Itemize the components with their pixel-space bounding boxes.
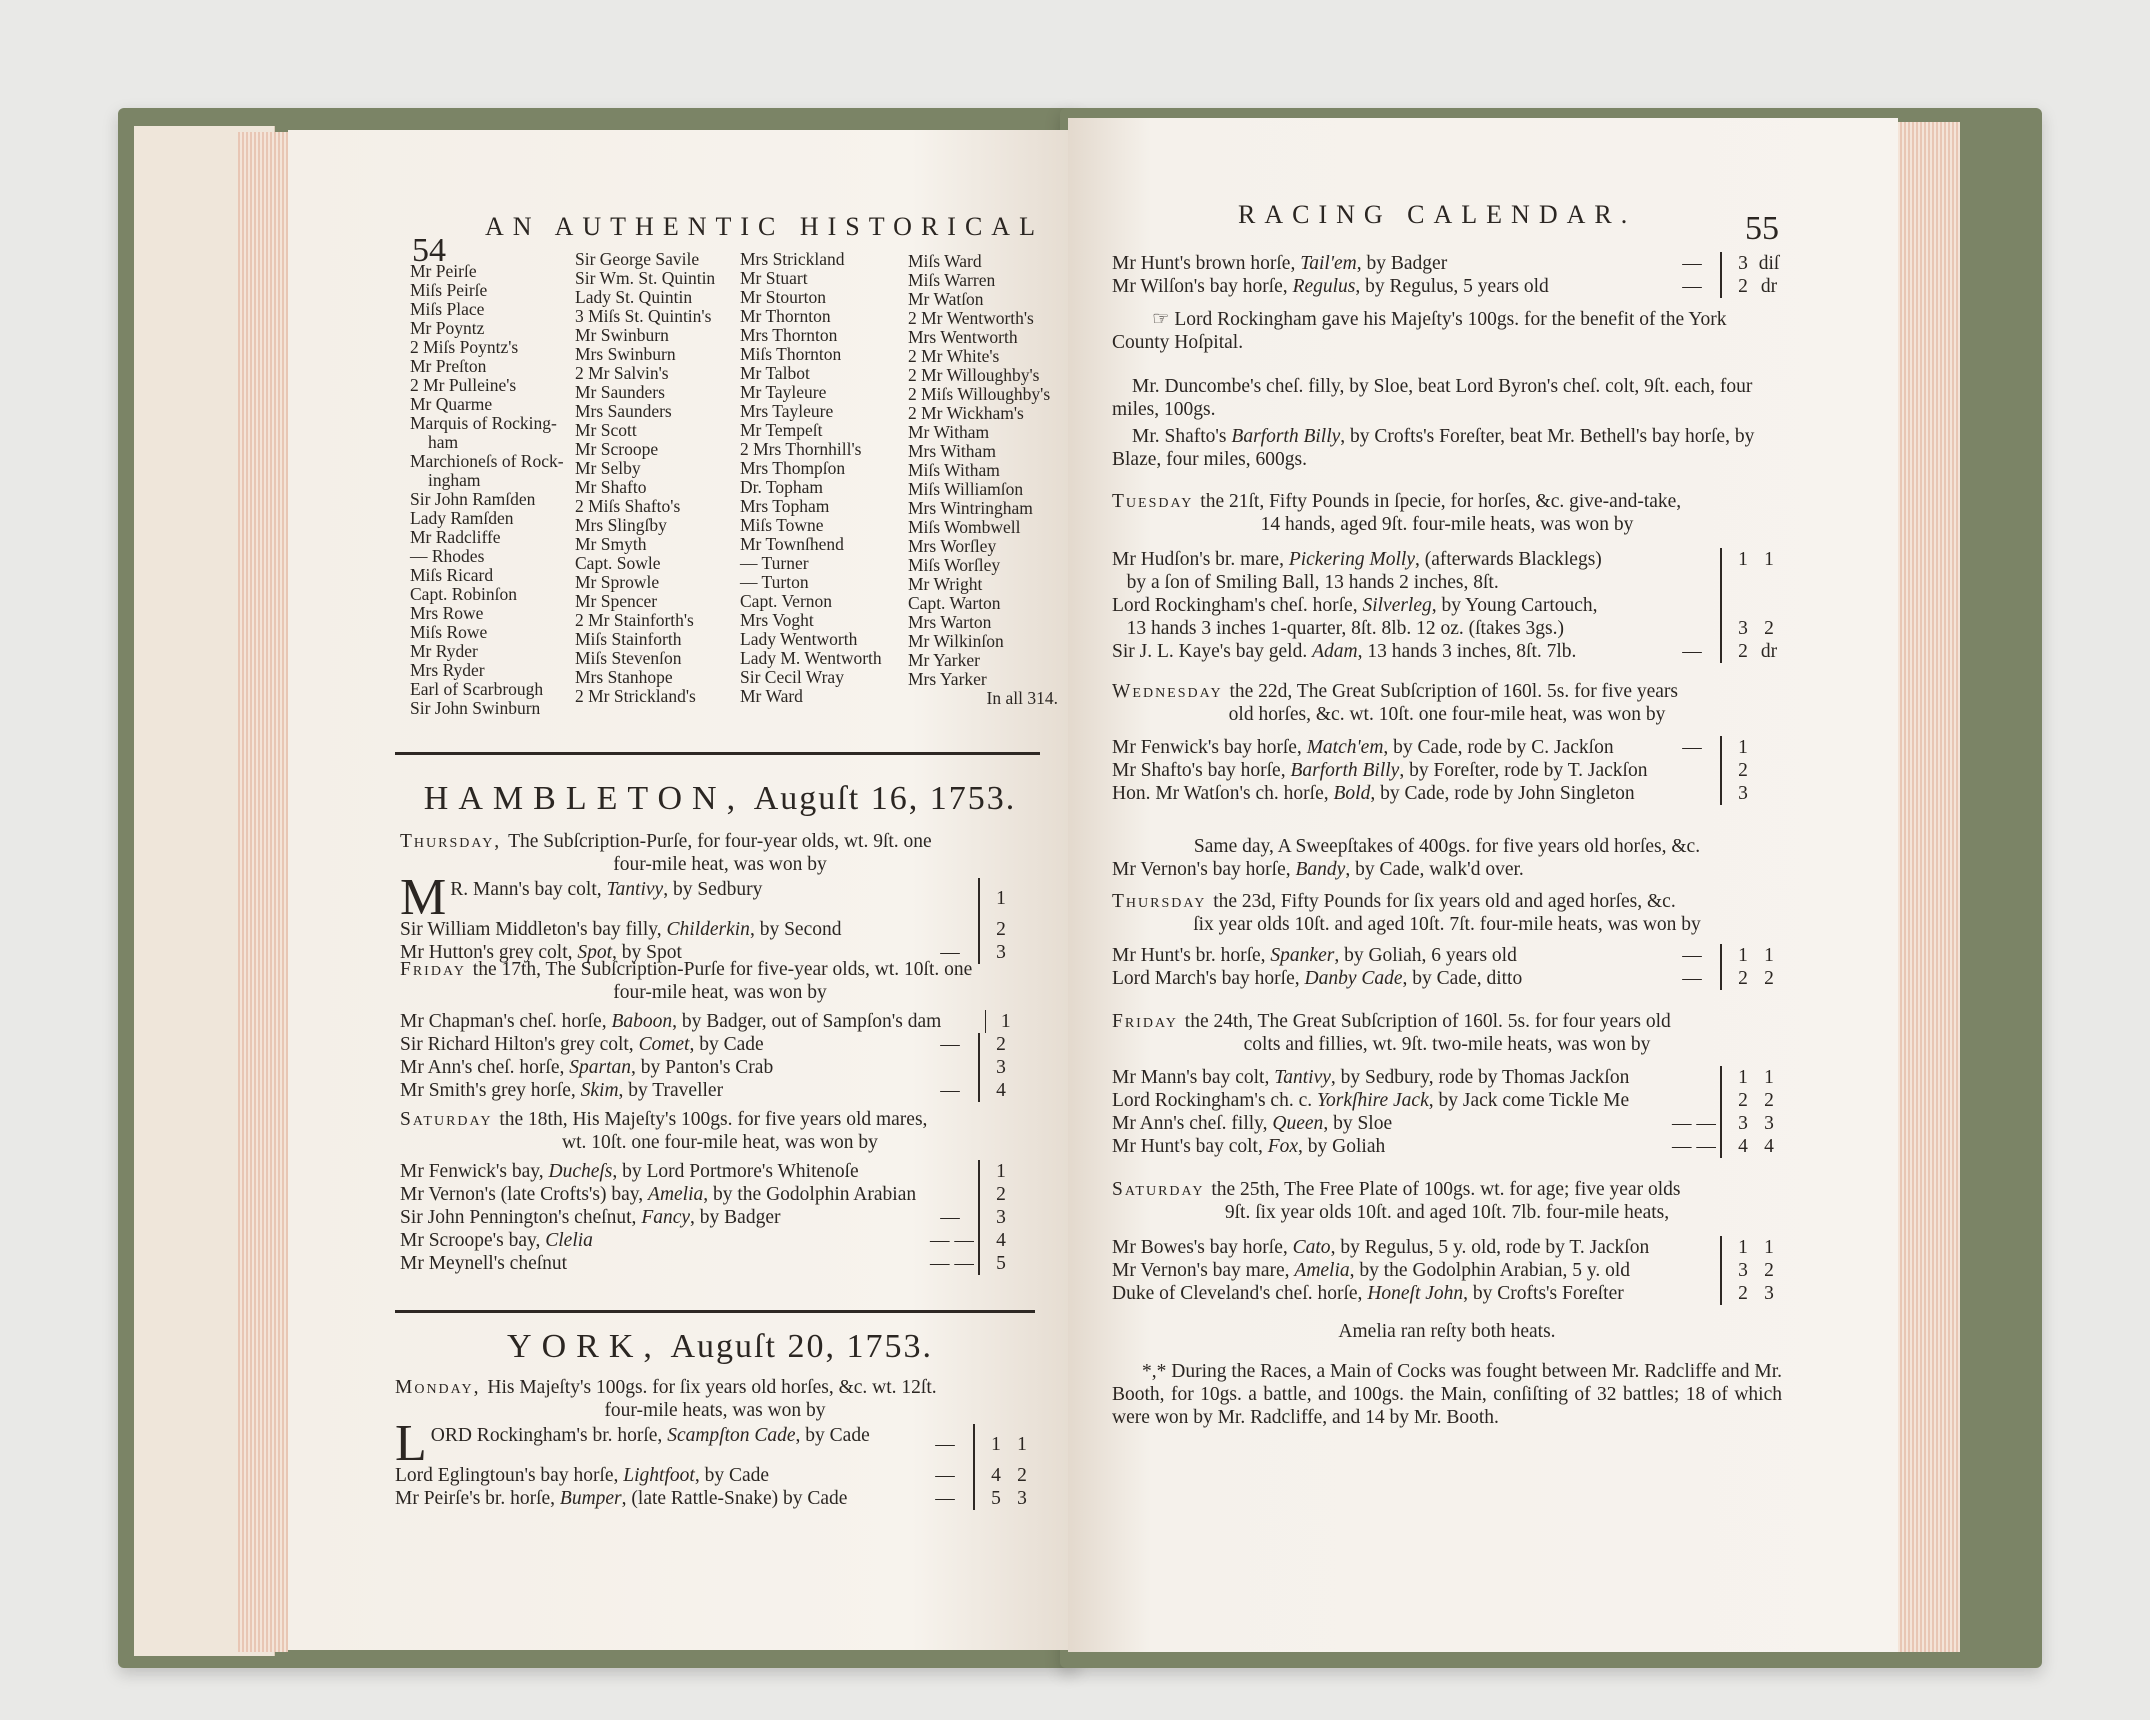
horse-name: Fancy (641, 1207, 690, 1228)
race-description: Thursday the 23d, Fifty Pounds for ſix y… (1112, 890, 1782, 936)
section-rule (395, 1310, 1035, 1313)
results-table: MR. Mann's bay colt, Tantivy, by Sedbury… (400, 878, 1040, 964)
horse-name: Amelia (648, 1184, 703, 1205)
heat-1-place: 3 (1730, 1112, 1756, 1135)
subscriber-name: Lady St. Quintin (575, 288, 740, 307)
subscriber-name: 2 Mr Strickland's (575, 687, 740, 706)
result-row: Mr Fenwick's bay horſe, Match'em, by Cad… (1112, 736, 1782, 759)
subscriber-name: Sir John Swinburn (410, 699, 575, 718)
result-row: Mr Hunt's brown horſe, Tail'em, by Badge… (1112, 252, 1782, 275)
column-rule (973, 1464, 975, 1487)
entry-text: Duke of Cleveland's cheſ. horſe, Honeſt … (1112, 1282, 1672, 1305)
column-rule (978, 1079, 980, 1102)
column-rule (1720, 548, 1722, 571)
york-place: YORK, (507, 1328, 662, 1365)
result-row: LORD Rockingham's br. horſe, Scampſton C… (395, 1424, 1035, 1464)
result-row: Mr Bowes's bay horſe, Cato, by Regulus, … (1112, 1236, 1782, 1259)
result-row: Mr Ann's cheſ. filly, Queen, by Sloe— —3… (1112, 1112, 1782, 1135)
heat-1-place: 4 (988, 1079, 1014, 1102)
result-row: Sir William Middleton's bay filly, Child… (400, 918, 1040, 941)
subscriber-name: Mr Peirſe (410, 262, 575, 281)
subscriber-name: Miſs Worſley (908, 556, 1058, 575)
subscriber-name: Mr Quarme (410, 395, 575, 414)
subscriber-name: 2 Miſs Willoughby's (908, 385, 1058, 404)
subscriber-name: Lady Wentworth (740, 630, 908, 649)
subscriber-column-3: Mrs StricklandMr StuartMr StourtonMr Tho… (740, 250, 908, 718)
heat-1-place: 4 (988, 1229, 1014, 1252)
subscriber-name: Miſs Ward (908, 252, 1058, 271)
heat-1-place: 1 (1730, 736, 1756, 759)
subscriber-name: Miſs Ricard (410, 566, 575, 585)
heat-1-place: 3 (988, 1206, 1014, 1229)
subscriber-name: Mr Ryder (410, 642, 575, 661)
results-table: Mr Hunt's brown horſe, Tail'em, by Badge… (1112, 252, 1782, 298)
subscriber-name: Mr Swinburn (575, 326, 740, 345)
pointing-hand-icon: ☞ (1152, 309, 1169, 330)
entry-text: Sir William Middleton's bay filly, Child… (400, 918, 930, 941)
subscriber-name: Lady Ramſden (410, 509, 575, 528)
subscriber-name: Mrs Swinburn (575, 345, 740, 364)
subscriber-name: Mrs Warton (908, 613, 1058, 632)
heat-2-place: 3 (1756, 1282, 1782, 1305)
result-row: Mr Vernon's bay mare, Amelia, by the God… (1112, 1259, 1782, 1282)
column-rule (1720, 594, 1722, 617)
subscriber-name: Mr Witham (908, 423, 1058, 442)
entry-text: Mr Vernon's bay mare, Amelia, by the God… (1112, 1259, 1672, 1282)
results-table: Mr Hunt's br. horſe, Spanker, by Goliah,… (1112, 944, 1782, 990)
subscriber-name: 2 Mr Wentworth's (908, 309, 1058, 328)
result-row: Mr Meynell's cheſnut— —5 (400, 1252, 1040, 1275)
entry-text: Lord Rockingham's cheſ. horſe, Silverleg… (1112, 594, 1672, 617)
subscriber-name: Mrs Wentworth (908, 328, 1058, 347)
subscriber-name: 2 Mr White's (908, 347, 1058, 366)
drop-cap: M (400, 878, 446, 918)
result-row: Sir John Pennington's cheſnut, Fancy, by… (400, 1206, 1040, 1229)
heat-2-place: diſ (1756, 252, 1782, 275)
race-day: Friday (1112, 1011, 1185, 1032)
subscriber-name: 2 Mr Willoughby's (908, 366, 1058, 385)
subscriber-name: Mr Thornton (740, 307, 908, 326)
heat-2-place: 2 (1756, 617, 1782, 640)
column-rule (1720, 571, 1722, 594)
subscriber-name: — Rhodes (410, 547, 575, 566)
result-row: Mr Fenwick's bay, Ducheſs, by Lord Portm… (400, 1160, 1040, 1183)
heat-2-place: 1 (1756, 548, 1782, 571)
dash-filler: — (925, 1433, 965, 1456)
subscriber-column-4: Miſs WardMiſs WarrenMr Watſon2 Mr Wentwo… (908, 252, 1058, 718)
column-rule (1720, 736, 1722, 759)
hambleton-place: HAMBLETON, (424, 780, 745, 817)
subscriber-column-2: Sir George SavileSir Wm. St. QuintinLady… (575, 250, 740, 718)
dash-filler: — (930, 1033, 970, 1056)
subscriber-name: Mrs Topham (740, 497, 908, 516)
section-rule (395, 752, 1040, 755)
page-edges-right (1896, 122, 1960, 1652)
results-table: Mr Fenwick's bay horſe, Match'em, by Cad… (1112, 736, 1782, 805)
subscriber-name: Mr Wilkinſon (908, 632, 1058, 651)
heat-2-place: 1 (1756, 1066, 1782, 1089)
horse-name: Pickering Molly (1289, 549, 1415, 570)
subscriber-name: Mr Scroope (575, 440, 740, 459)
entry-text: Sir Richard Hilton's grey colt, Comet, b… (400, 1033, 930, 1056)
race-description: Tuesday the 21ſt, Fifty Pounds in ſpecie… (1112, 490, 1782, 536)
horse-name: Skim (581, 1080, 619, 1101)
subscriber-name: Mr Spencer (575, 592, 740, 611)
results-table: LORD Rockingham's br. horſe, Scampſton C… (395, 1424, 1035, 1510)
column-rule (1720, 275, 1722, 298)
horse-name: Spartan (569, 1057, 631, 1078)
subscriber-name: Mrs Yarker (908, 670, 1058, 689)
subscriber-name: 2 Miſs Poyntz's (410, 338, 575, 357)
subscriber-name: Mrs Saunders (575, 402, 740, 421)
horse-name: Silverleg (1362, 595, 1431, 616)
subscriber-name: Mr Radcliffe (410, 528, 575, 547)
column-rule (1720, 1089, 1722, 1112)
amelia-note: Amelia ran reſty both heats. (1112, 1320, 1782, 1343)
horse-name: Tantivy (607, 879, 664, 900)
heat-2-place: 4 (1756, 1135, 1782, 1158)
entry-text: MR. Mann's bay colt, Tantivy, by Sedbury (400, 878, 930, 918)
entry-text: Mr Mann's bay colt, Tantivy, by Sedbury,… (1112, 1066, 1672, 1089)
hambleton-title: HAMBLETON, Auguſt 16, 1753. (420, 780, 1020, 818)
result-row: Mr Hudſon's br. mare, Pickering Molly, (… (1112, 548, 1782, 571)
dash-filler: — (925, 1464, 965, 1487)
race-day: Monday, (395, 1377, 487, 1398)
horse-name: Comet (639, 1034, 690, 1055)
result-row: Lord Rockingham's ch. c. Yorkſhire Jack,… (1112, 1089, 1782, 1112)
subscriber-name: Earl of Scarbrough (410, 680, 575, 699)
horse-name: Adam (1312, 641, 1358, 662)
entry-text: Mr Ann's cheſ. horſe, Spartan, by Panton… (400, 1056, 930, 1079)
subscriber-name: Mr Stuart (740, 269, 908, 288)
subscriber-name: 3 Miſs St. Quintin's (575, 307, 740, 326)
heat-1-place: 2 (1730, 967, 1756, 990)
column-rule (978, 1033, 980, 1056)
subscriber-name: — Turton (740, 573, 908, 592)
york-date: Auguſt 20, 1753. (671, 1328, 933, 1365)
subscriber-name: — Turner (740, 554, 908, 573)
subscriber-name: Sir John Ramſden (410, 490, 575, 509)
column-rule (978, 1160, 980, 1183)
entry-text: by a ſon of Smiling Ball, 13 hands 2 inc… (1112, 571, 1672, 594)
results-table: Mr Bowes's bay horſe, Cato, by Regulus, … (1112, 1236, 1782, 1305)
asterism-icon: *,* (1142, 1361, 1166, 1382)
subscriber-name: Miſs Peirſe (410, 281, 575, 300)
horse-name: Spanker (1270, 945, 1334, 966)
entry-text: Mr Chapman's cheſ. horſe, Baboon, by Bad… (400, 1010, 941, 1033)
horse-name: Yorkſhire Jack (1317, 1090, 1429, 1111)
horse-name: Clelia (545, 1230, 593, 1251)
entry-text: Mr Peirſe's br. horſe, Bumper, (late Rat… (395, 1487, 925, 1510)
subscriber-name: Mr Tempeſt (740, 421, 908, 440)
subscriber-name: Mrs Voght (740, 611, 908, 630)
result-row: Mr Vernon's (late Crofts's) bay, Amelia,… (400, 1183, 1040, 1206)
heat-2-place: dr (1756, 640, 1782, 663)
column-rule (1720, 782, 1722, 805)
heat-1-place: 2 (1730, 1089, 1756, 1112)
entry-text: Mr Vernon's (late Crofts's) bay, Amelia,… (400, 1183, 930, 1206)
heat-1-place: 2 (988, 1183, 1014, 1206)
subscriber-name: Mrs Ryder (410, 661, 575, 680)
column-rule (1720, 1066, 1722, 1089)
heat-1-place: 1 (1730, 1066, 1756, 1089)
entry-text: LORD Rockingham's br. horſe, Scampſton C… (395, 1424, 925, 1464)
subscriber-name: Mr Yarker (908, 651, 1058, 670)
subscriber-name: Sir George Savile (575, 250, 740, 269)
race-description: Saturday the 18th, His Majeſty's 100gs. … (400, 1108, 1040, 1154)
subscriber-name: Miſs Warren (908, 271, 1058, 290)
result-row: Mr Chapman's cheſ. horſe, Baboon, by Bad… (400, 1010, 1040, 1033)
horse-name: Tantivy (1274, 1067, 1331, 1088)
subscriber-name: Miſs Place (410, 300, 575, 319)
race-description: Friday the 24th, The Great Subſcription … (1112, 1010, 1782, 1056)
york-title: YORK, Auguſt 20, 1753. (420, 1328, 1020, 1366)
dash-filler: — (1672, 967, 1712, 990)
horse-name: Scampſton Cade (667, 1425, 795, 1446)
subscriber-name: Mr Wright (908, 575, 1058, 594)
result-row: Lord Eglingtoun's bay horſe, Lightfoot, … (395, 1464, 1035, 1487)
horse-name: Childerkin (667, 919, 750, 940)
heat-2-place: 3 (1009, 1487, 1035, 1510)
subscriber-name: Capt. Vernon (740, 592, 908, 611)
race-description: Friday the 17th, The Subſcription-Purſe … (400, 958, 1040, 1004)
subscriber-name: Miſs Thornton (740, 345, 908, 364)
horse-name: Honeſt John (1367, 1283, 1463, 1304)
entry-text: Hon. Mr Watſon's ch. horſe, Bold, by Cad… (1112, 782, 1672, 805)
race-description: Wednesday the 22d, The Great Subſcriptio… (1112, 680, 1782, 726)
entry-text: Lord Eglingtoun's bay horſe, Lightfoot, … (395, 1464, 925, 1487)
subscriber-name: Mrs Thompſon (740, 459, 908, 478)
race-day: Thursday, (400, 831, 508, 852)
subscriber-name: Miſs Witham (908, 461, 1058, 480)
column-rule (1720, 944, 1722, 967)
heat-1-place: 3 (1730, 617, 1756, 640)
entry-text: Mr Wilſon's bay horſe, Regulus, by Regul… (1112, 275, 1672, 298)
column-rule (1720, 252, 1722, 275)
subscriber-name: Mrs Slingſby (575, 516, 740, 535)
heat-1-place: 2 (988, 1033, 1014, 1056)
column-rule (1720, 967, 1722, 990)
result-row: Mr Shafto's bay horſe, Barforth Billy, b… (1112, 759, 1782, 782)
subscriber-name: Marquis of Rocking- (410, 414, 575, 433)
column-rule (973, 1424, 975, 1464)
dash-filler: — — (1672, 1135, 1712, 1158)
horse-name: Barforth Billy (1231, 426, 1340, 447)
subscriber-name: Miſs Stainforth (575, 630, 740, 649)
heat-1-place: 5 (988, 1252, 1014, 1275)
page-edges-left (238, 132, 288, 1652)
entry-text: Mr Scroope's bay, Clelia (400, 1229, 930, 1252)
subscriber-name: Capt. Warton (908, 594, 1058, 613)
race-day: Tuesday (1112, 491, 1200, 512)
subscriber-name: Mr Preſton (410, 357, 575, 376)
heat-2-place: 1 (1756, 944, 1782, 967)
entry-text: Mr Shafto's bay horſe, Barforth Billy, b… (1112, 759, 1672, 782)
result-row: Mr Ann's cheſ. horſe, Spartan, by Panton… (400, 1056, 1040, 1079)
subscriber-name: Mrs Rowe (410, 604, 575, 623)
subscriber-name: Mrs Thornton (740, 326, 908, 345)
dash-filler: — — (930, 1229, 970, 1252)
horse-name: Bumper (560, 1488, 622, 1509)
subscriber-name: Mr Tayleure (740, 383, 908, 402)
subscriber-name: Mr Townſhend (740, 535, 908, 554)
horse-name: Fox (1268, 1136, 1298, 1157)
heat-2-place: 2 (1756, 1089, 1782, 1112)
heat-1-place: 3 (1730, 1259, 1756, 1282)
dash-filler: — (1672, 252, 1712, 275)
subscriber-name: 2 Mr Wickham's (908, 404, 1058, 423)
results-table: Mr Chapman's cheſ. horſe, Baboon, by Bad… (400, 1010, 1040, 1102)
entry-text: Mr Hunt's brown horſe, Tail'em, by Badge… (1112, 252, 1672, 275)
race-description: Monday, His Majeſty's 100gs. for ſix yea… (395, 1376, 1035, 1422)
column-rule (978, 1056, 980, 1079)
result-row: Mr Wilſon's bay horſe, Regulus, by Regul… (1112, 275, 1782, 298)
entry-text: Mr Hunt's bay colt, Fox, by Goliah (1112, 1135, 1672, 1158)
subscriber-name: 2 Miſs Shafto's (575, 497, 740, 516)
subscriber-name: Miſs Towne (740, 516, 908, 535)
dash-filler: — (1672, 736, 1712, 759)
result-row: Mr Peirſe's br. horſe, Bumper, (late Rat… (395, 1487, 1035, 1510)
shafto-match: Mr. Shafto's Barforth Billy, by Crofts's… (1112, 425, 1782, 471)
subscriber-name: Mr Saunders (575, 383, 740, 402)
hambleton-date: Auguſt 16, 1753. (754, 780, 1016, 817)
result-row: Mr Scroope's bay, Clelia— —4 (400, 1229, 1040, 1252)
entry-text: Mr Bowes's bay horſe, Cato, by Regulus, … (1112, 1236, 1672, 1259)
heat-1-place: 4 (983, 1464, 1009, 1487)
column-rule (978, 1206, 980, 1229)
race-description: Saturday the 25th, The Free Plate of 100… (1112, 1178, 1782, 1224)
running-head-left: AN AUTHENTIC HISTORICAL (485, 212, 1044, 242)
heat-1-place: 4 (1730, 1135, 1756, 1158)
heat-2-place: 2 (1756, 1259, 1782, 1282)
horse-name: Queen (1272, 1113, 1323, 1134)
heat-1-place: 1 (994, 1010, 1017, 1033)
race-day: Saturday (1112, 1179, 1211, 1200)
result-row: by a ſon of Smiling Ball, 13 hands 2 inc… (1112, 571, 1782, 594)
subscriber-name: Sir Wm. St. Quintin (575, 269, 740, 288)
column-rule (985, 1010, 987, 1033)
heat-1-place: 1 (988, 1160, 1014, 1183)
column-rule (1720, 759, 1722, 782)
heat-1-place: 1 (988, 887, 1014, 910)
heat-1-place: 1 (1730, 1236, 1756, 1259)
column-rule (1720, 640, 1722, 663)
column-rule (973, 1487, 975, 1510)
dash-filler: — (1672, 944, 1712, 967)
walkover-note: Mr Vernon's bay horſe, Bandy, by Cade, w… (1112, 858, 1782, 881)
horse-name: Bold (1333, 783, 1370, 804)
subscriber-name: Miſs Wombwell (908, 518, 1058, 537)
race-day: Saturday (400, 1109, 499, 1130)
subscriber-name: Lady M. Wentworth (740, 649, 908, 668)
race-description: Thursday, The Subſcription-Purſe, for fo… (400, 830, 1040, 876)
duncombe-match: Mr. Duncombe's cheſ. filly, by Sloe, bea… (1112, 375, 1782, 421)
entry-text: Sir John Pennington's cheſnut, Fancy, by… (400, 1206, 930, 1229)
subscriber-name: Capt. Sowle (575, 554, 740, 573)
subscriber-name: Mrs Stanhope (575, 668, 740, 687)
subscriber-name: 2 Mr Stainforth's (575, 611, 740, 630)
subscriber-name: Mr Sprowle (575, 573, 740, 592)
subscriber-name: Mr Ward (740, 687, 908, 706)
result-row: 13 hands 3 inches 1-quarter, 8ſt. 8lb. 1… (1112, 617, 1782, 640)
subscriber-name: 2 Mrs Thornhill's (740, 440, 908, 459)
horse-name: Danby Cade (1305, 968, 1403, 989)
dash-filler: — (1672, 275, 1712, 298)
subscriber-name: Mr Scott (575, 421, 740, 440)
dash-filler: — (925, 1487, 965, 1510)
heat-1-place: 1 (1730, 944, 1756, 967)
entry-text: Lord Rockingham's ch. c. Yorkſhire Jack,… (1112, 1089, 1672, 1112)
heat-1-place: 5 (983, 1487, 1009, 1510)
subscriber-name: 2 Mr Pulleine's (410, 376, 575, 395)
entry-text: Mr Meynell's cheſnut (400, 1252, 930, 1275)
entry-text: Lord March's bay horſe, Danby Cade, by C… (1112, 967, 1672, 990)
drop-cap: L (395, 1424, 427, 1464)
cockfight-note: *,* During the Races, a Main of Cocks wa… (1112, 1360, 1782, 1429)
results-table: Mr Hudſon's br. mare, Pickering Molly, (… (1112, 548, 1782, 663)
heat-2-place: 1 (1756, 1236, 1782, 1259)
entry-text: Mr Smith's grey horſe, Skim, by Travelle… (400, 1079, 930, 1102)
heat-2-place: 2 (1756, 967, 1782, 990)
heat-1-place: 2 (1730, 275, 1756, 298)
subscriber-name: Marchioneſs of Rock- (410, 452, 575, 471)
subscriber-name: Mr Talbot (740, 364, 908, 383)
result-row: Sir Richard Hilton's grey colt, Comet, b… (400, 1033, 1040, 1056)
subscriber-column-1: Mr PeirſeMiſs PeirſeMiſs PlaceMr Poyntz2… (410, 262, 575, 718)
subscriber-name: Mrs Witham (908, 442, 1058, 461)
heat-1-place: 3 (988, 1056, 1014, 1079)
column-rule (978, 1229, 980, 1252)
horse-name: Baboon (611, 1011, 672, 1032)
result-row: Mr Hunt's bay colt, Fox, by Goliah— —44 (1112, 1135, 1782, 1158)
horse-name: Amelia (1294, 1260, 1349, 1281)
subscriber-name: 2 Mr Salvin's (575, 364, 740, 383)
subscriber-name: Miſs Stevenſon (575, 649, 740, 668)
horse-name: Bandy (1296, 859, 1346, 880)
result-row: Lord Rockingham's cheſ. horſe, Silverleg… (1112, 594, 1782, 617)
race-day: Friday (400, 959, 473, 980)
heat-1-place: 2 (1730, 640, 1756, 663)
running-head-right: RACING CALENDAR. (1238, 200, 1636, 230)
result-row: Lord March's bay horſe, Danby Cade, by C… (1112, 967, 1782, 990)
subscriber-name: Mrs Worſley (908, 537, 1058, 556)
subscriber-name: Mrs Strickland (740, 250, 908, 269)
heat-1-place: 2 (1730, 759, 1756, 782)
result-row: Mr Mann's bay colt, Tantivy, by Sedbury,… (1112, 1066, 1782, 1089)
column-rule (1720, 1135, 1722, 1158)
result-row: MR. Mann's bay colt, Tantivy, by Sedbury… (400, 878, 1040, 918)
entry-text: 13 hands 3 inches 1-quarter, 8ſt. 8lb. 1… (1112, 617, 1672, 640)
heat-1-place: 1 (1730, 548, 1756, 571)
heat-1-place: 2 (988, 918, 1014, 941)
column-rule (978, 918, 980, 941)
sweepstakes-note: Same day, A Sweepſtakes of 400gs. for fi… (1112, 835, 1782, 858)
page-number-right: 55 (1745, 210, 1779, 248)
subscriber-name: Mrs Wintringham (908, 499, 1058, 518)
heat-1-place: 3 (1730, 252, 1756, 275)
subscriber-name: Capt. Robinſon (410, 585, 575, 604)
subscriber-name: Dr. Topham (740, 478, 908, 497)
column-rule (1720, 1282, 1722, 1305)
result-row: Mr Hunt's br. horſe, Spanker, by Goliah,… (1112, 944, 1782, 967)
result-row: Duke of Cleveland's cheſ. horſe, Honeſt … (1112, 1282, 1782, 1305)
heat-2-place: 2 (1009, 1464, 1035, 1487)
dash-filler: — (930, 1206, 970, 1229)
dash-filler: — — (930, 1252, 970, 1275)
entry-text: Mr Hunt's br. horſe, Spanker, by Goliah,… (1112, 944, 1672, 967)
column-rule (1720, 1236, 1722, 1259)
subscriber-name: ingham (410, 471, 575, 490)
